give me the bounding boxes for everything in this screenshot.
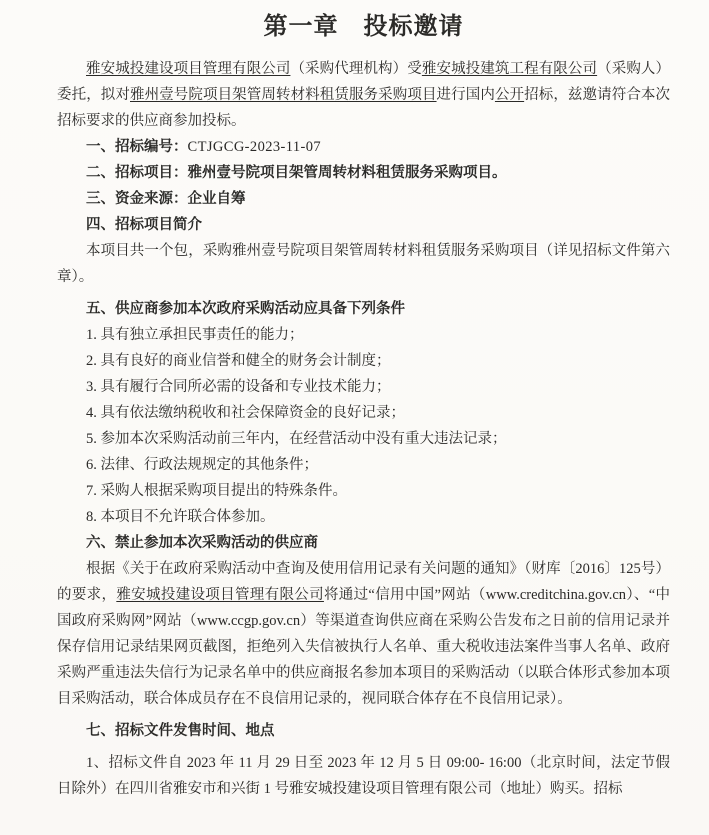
heading-supplier-conditions: 五、供应商参加本次政府采购活动应具备下列条件 (57, 296, 670, 322)
text-segment: 8. 本项目不允许联合体参加。 (86, 509, 275, 525)
credit-record-paragraph: 根据《关于在政府采购活动中查询及使用信用记录有关问题的通知》（财库〔2016〕1… (57, 556, 670, 712)
text-segment: 5. 参加本次采购活动前三年内，在经营活动中没有重大违法记录； (86, 431, 507, 447)
condition-item-7: 7. 采购人根据采购项目提出的特殊条件。 (57, 478, 670, 504)
text-segment: 进行国内 (437, 87, 495, 103)
condition-item-5: 5. 参加本次采购活动前三年内，在经营活动中没有重大违法记录； (57, 426, 670, 452)
text-segment: 企业自筹 (188, 191, 246, 207)
text-segment: 将通过“信用中国”网站（www.creditchina.gov.cn）、“中国政… (57, 587, 670, 707)
text-segment: 6. 法律、行政法规规定的其他条件； (86, 457, 318, 473)
document-sale-paragraph: 1、招标文件自 2023 年 11 月 29 日至 2023 年 12 月 5 … (57, 750, 670, 802)
text-segment: CTJGCG-2023-11-07 (188, 139, 322, 155)
heading-funding-source: 三、资金来源：企业自筹 (57, 186, 670, 212)
text-segment: 雅州壹号院项目架管周转材料租赁服务采购项目。 (188, 165, 507, 181)
document-body: 雅安城投建设项目管理有限公司（采购代理机构）受雅安城投建筑工程有限公司（采购人）… (57, 56, 670, 802)
text-segment: 1. 具有独立承担民事责任的能力； (86, 327, 304, 343)
heading-prohibited-suppliers: 六、禁止参加本次采购活动的供应商 (57, 530, 670, 556)
underlined-text: 雅安城投建设项目管理有限公司 (116, 587, 324, 603)
text-segment: 3. 具有履行合同所必需的设备和专业技术能力； (86, 379, 391, 395)
heading-document-sale: 七、招标文件发售时间、地点 (57, 718, 670, 744)
text-segment: 4. 具有依法缴纳税收和社会保障资金的良好记录； (86, 405, 405, 421)
document-page: 第一章 投标邀请 雅安城投建设项目管理有限公司（采购代理机构）受雅安城投建筑工程… (0, 0, 709, 835)
condition-item-1: 1. 具有独立承担民事责任的能力； (57, 322, 670, 348)
intro-paragraph: 雅安城投建设项目管理有限公司（采购代理机构）受雅安城投建筑工程有限公司（采购人）… (57, 56, 670, 134)
condition-item-2: 2. 具有良好的商业信誉和健全的财务会计制度； (57, 348, 670, 374)
text-segment: 一、招标编号： (86, 139, 188, 155)
underlined-text: 雅安城投建设项目管理有限公司 (86, 61, 290, 77)
condition-item-3: 3. 具有履行合同所必需的设备和专业技术能力； (57, 374, 670, 400)
page-title: 第一章 投标邀请 (57, 11, 670, 43)
condition-item-4: 4. 具有依法缴纳税收和社会保障资金的良好记录； (57, 400, 670, 426)
condition-item-8: 8. 本项目不允许联合体参加。 (57, 504, 670, 530)
project-overview-paragraph: 本项目共一个包，采购雅州壹号院项目架管周转材料租赁服务采购项目（详见招标文件第六… (57, 238, 670, 290)
underlined-text: 雅州壹号院项目架管周转材料租赁服务采购项目 (130, 87, 437, 103)
text-segment: 1、招标文件自 2023 年 11 月 29 日至 2023 年 12 月 5 … (57, 755, 670, 797)
text-segment: （采购代理机构）受 (290, 61, 421, 77)
text-segment: 五、供应商参加本次政府采购活动应具备下列条件 (86, 301, 405, 317)
text-segment: 四、招标项目简介 (86, 217, 202, 233)
text-segment: 2. 具有良好的商业信誉和健全的财务会计制度； (86, 353, 391, 369)
text-segment: 7. 采购人根据采购项目提出的特殊条件。 (86, 483, 347, 499)
text-segment: 二、招标项目： (86, 165, 188, 181)
text-segment: 三、资金来源： (86, 191, 188, 207)
heading-project-overview: 四、招标项目简介 (57, 212, 670, 238)
text-segment: 本项目共一个包，采购雅州壹号院项目架管周转材料租赁服务采购项目（详见招标文件第六… (57, 243, 670, 285)
text-segment: 七、招标文件发售时间、地点 (86, 723, 275, 739)
underlined-text: 公开 (495, 87, 524, 103)
heading-tender-number: 一、招标编号：CTJGCG-2023-11-07 (57, 134, 670, 160)
text-segment: 六、禁止参加本次采购活动的供应商 (86, 535, 318, 551)
underlined-text: 雅安城投建筑工程有限公司 (422, 61, 597, 77)
condition-item-6: 6. 法律、行政法规规定的其他条件； (57, 452, 670, 478)
heading-tender-project: 二、招标项目：雅州壹号院项目架管周转材料租赁服务采购项目。 (57, 160, 670, 186)
